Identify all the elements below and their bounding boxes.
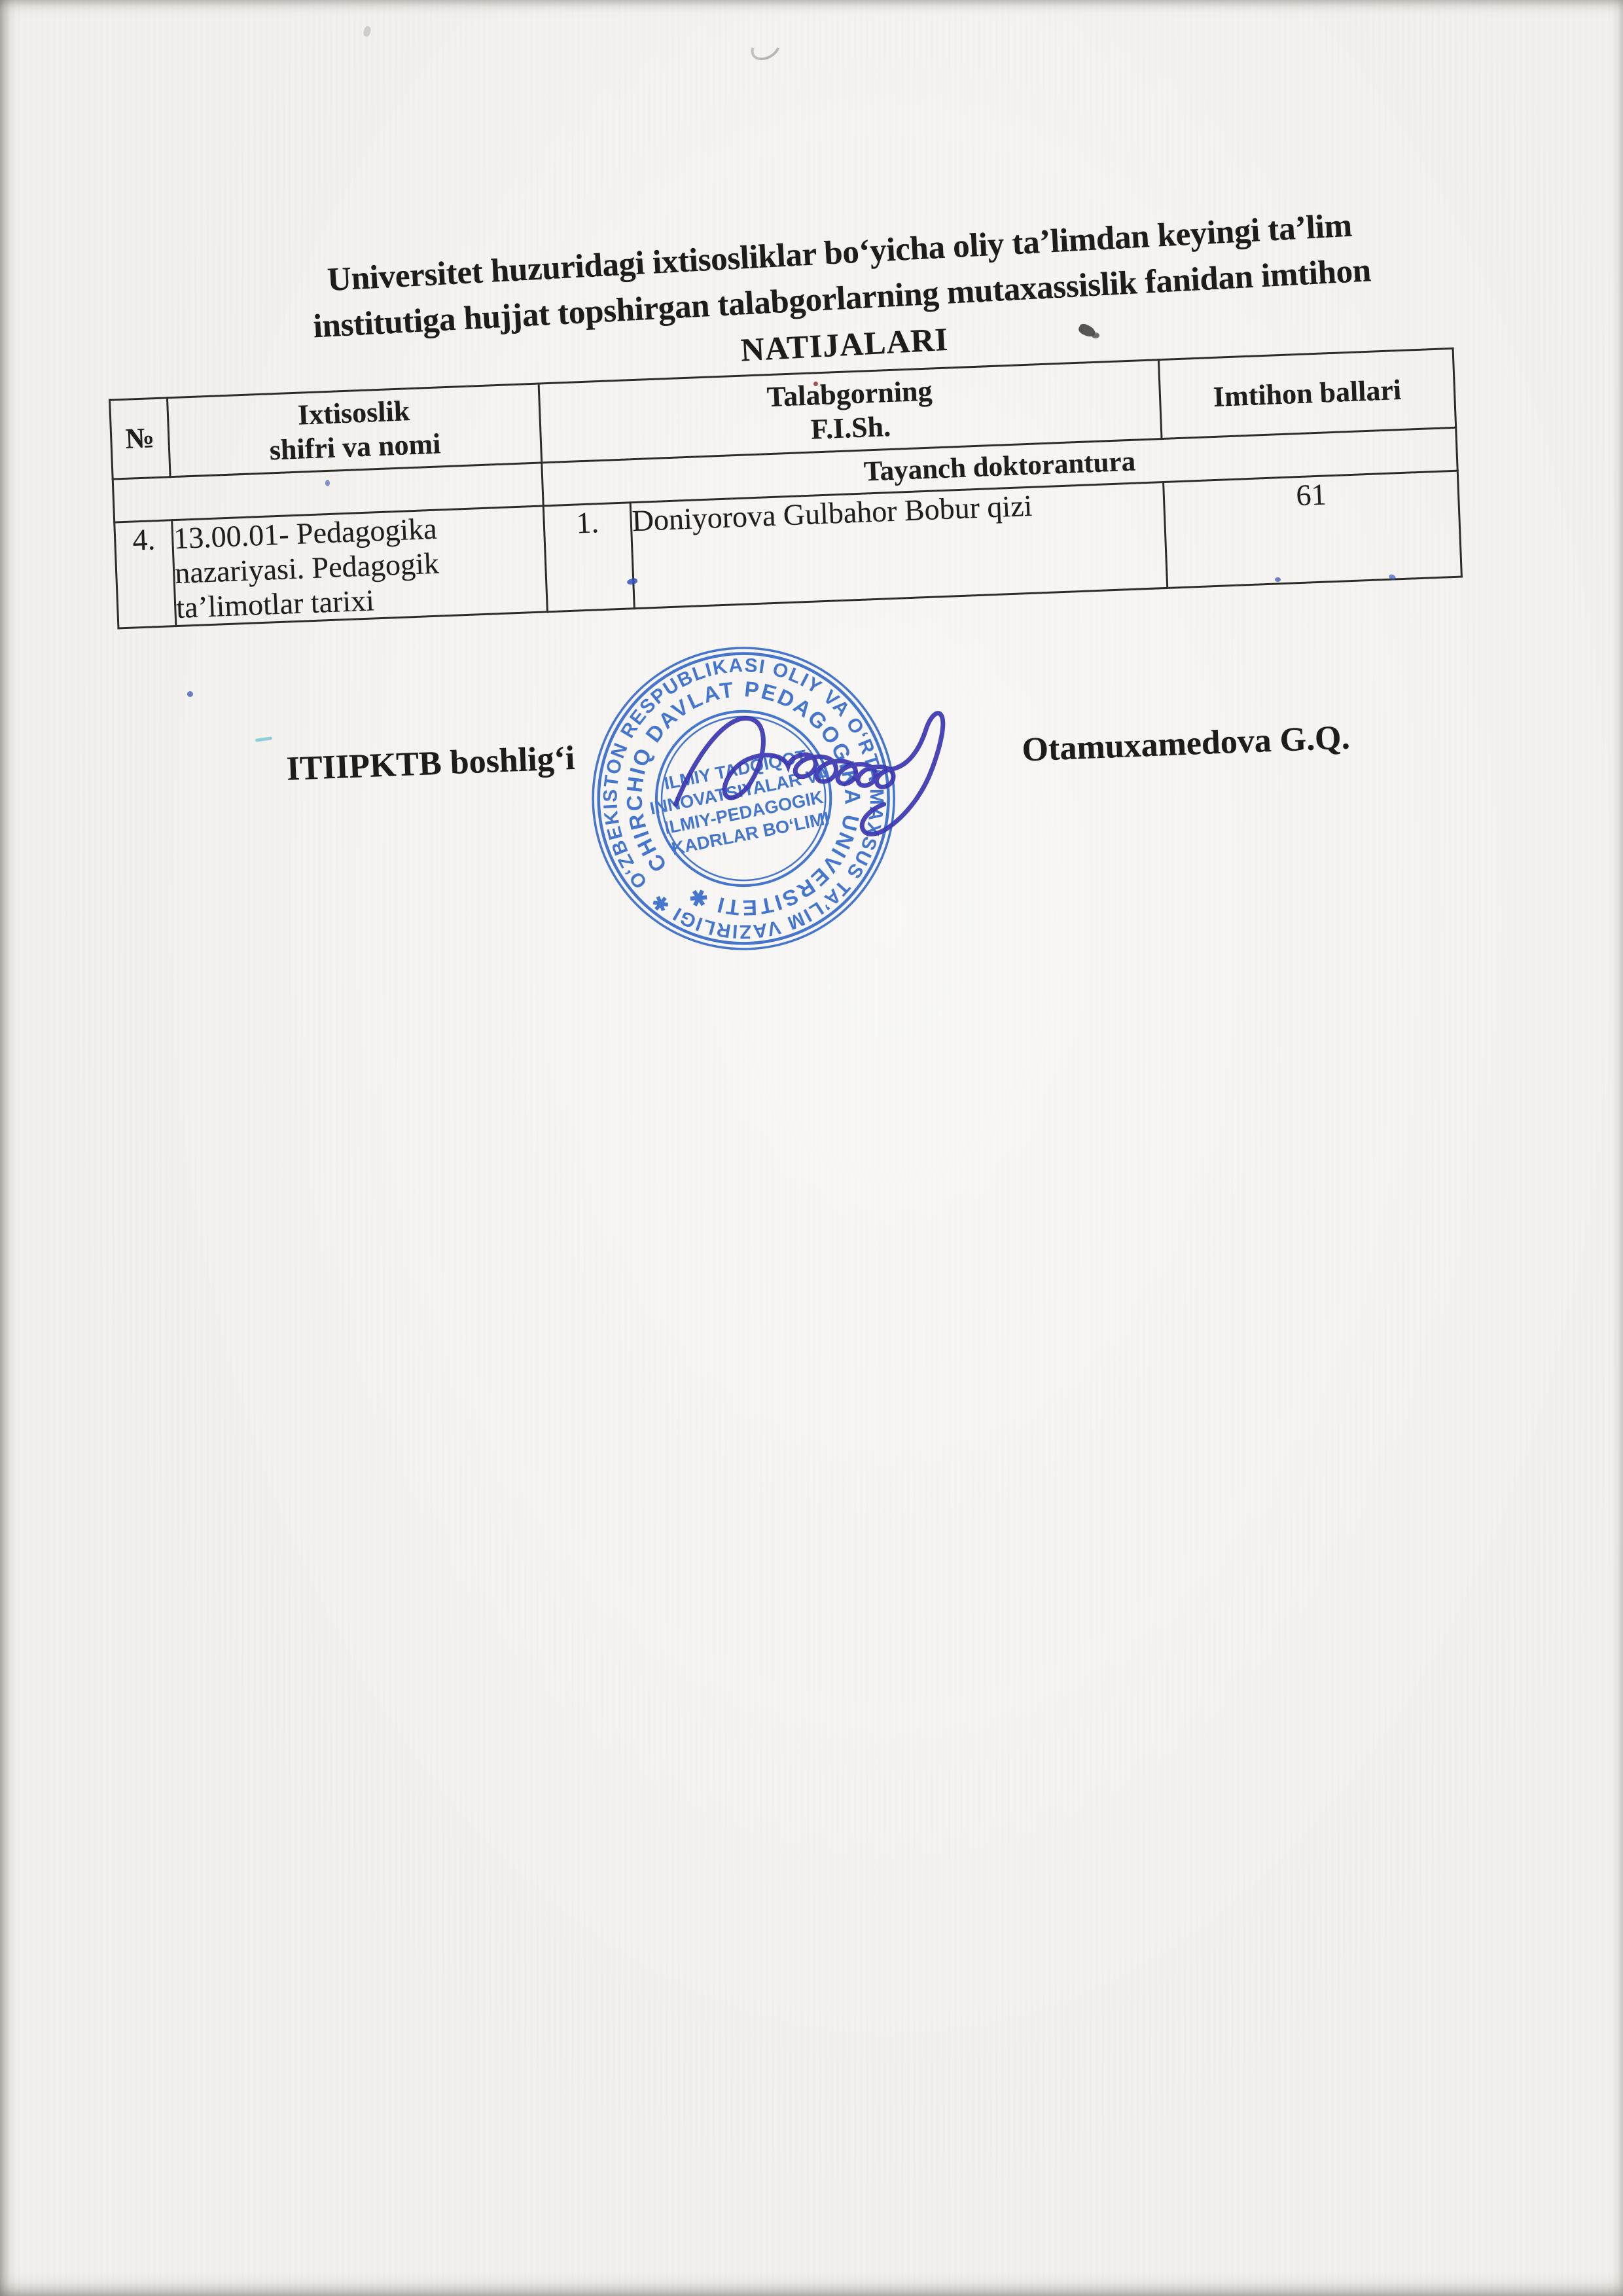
main-content: № Ixtisoslik shifri va nomi Talabgorning…	[105, 346, 1514, 1151]
ink-smudge-small	[1092, 332, 1099, 338]
gray-smudge	[363, 26, 372, 37]
handwritten-signature	[652, 688, 978, 854]
scanned-document-page: Universitet huzuridagi ixtisosliklar boʻ…	[0, 0, 1623, 2296]
signatory-position-title: ITIIPKTB boshligʻi	[286, 739, 576, 789]
blue-ink-speck	[325, 480, 330, 486]
row-score: 61	[1164, 471, 1462, 588]
row-specialty: 13.00.01- Pedagogika nazariyasi. Pedagog…	[172, 506, 548, 626]
pencil-squiggle	[747, 30, 785, 65]
row-index: 4.	[115, 520, 176, 628]
blue-ink-speck	[187, 691, 193, 697]
row-applicant-name: Doniyorova Gulbahor Bobur qizi	[630, 482, 1168, 608]
header-number: №	[110, 398, 171, 479]
blue-ink-speck	[1275, 577, 1281, 582]
header-specialty: Ixtisoslik shifri va nomi	[167, 384, 541, 477]
row-applicant-number: 1.	[543, 503, 634, 612]
red-speck	[813, 382, 818, 386]
header-score: Imtihon ballari	[1158, 348, 1455, 439]
signature-stroke-icon	[673, 711, 948, 842]
signatory-name: Otamuxamedova G.Q.	[1021, 718, 1350, 769]
